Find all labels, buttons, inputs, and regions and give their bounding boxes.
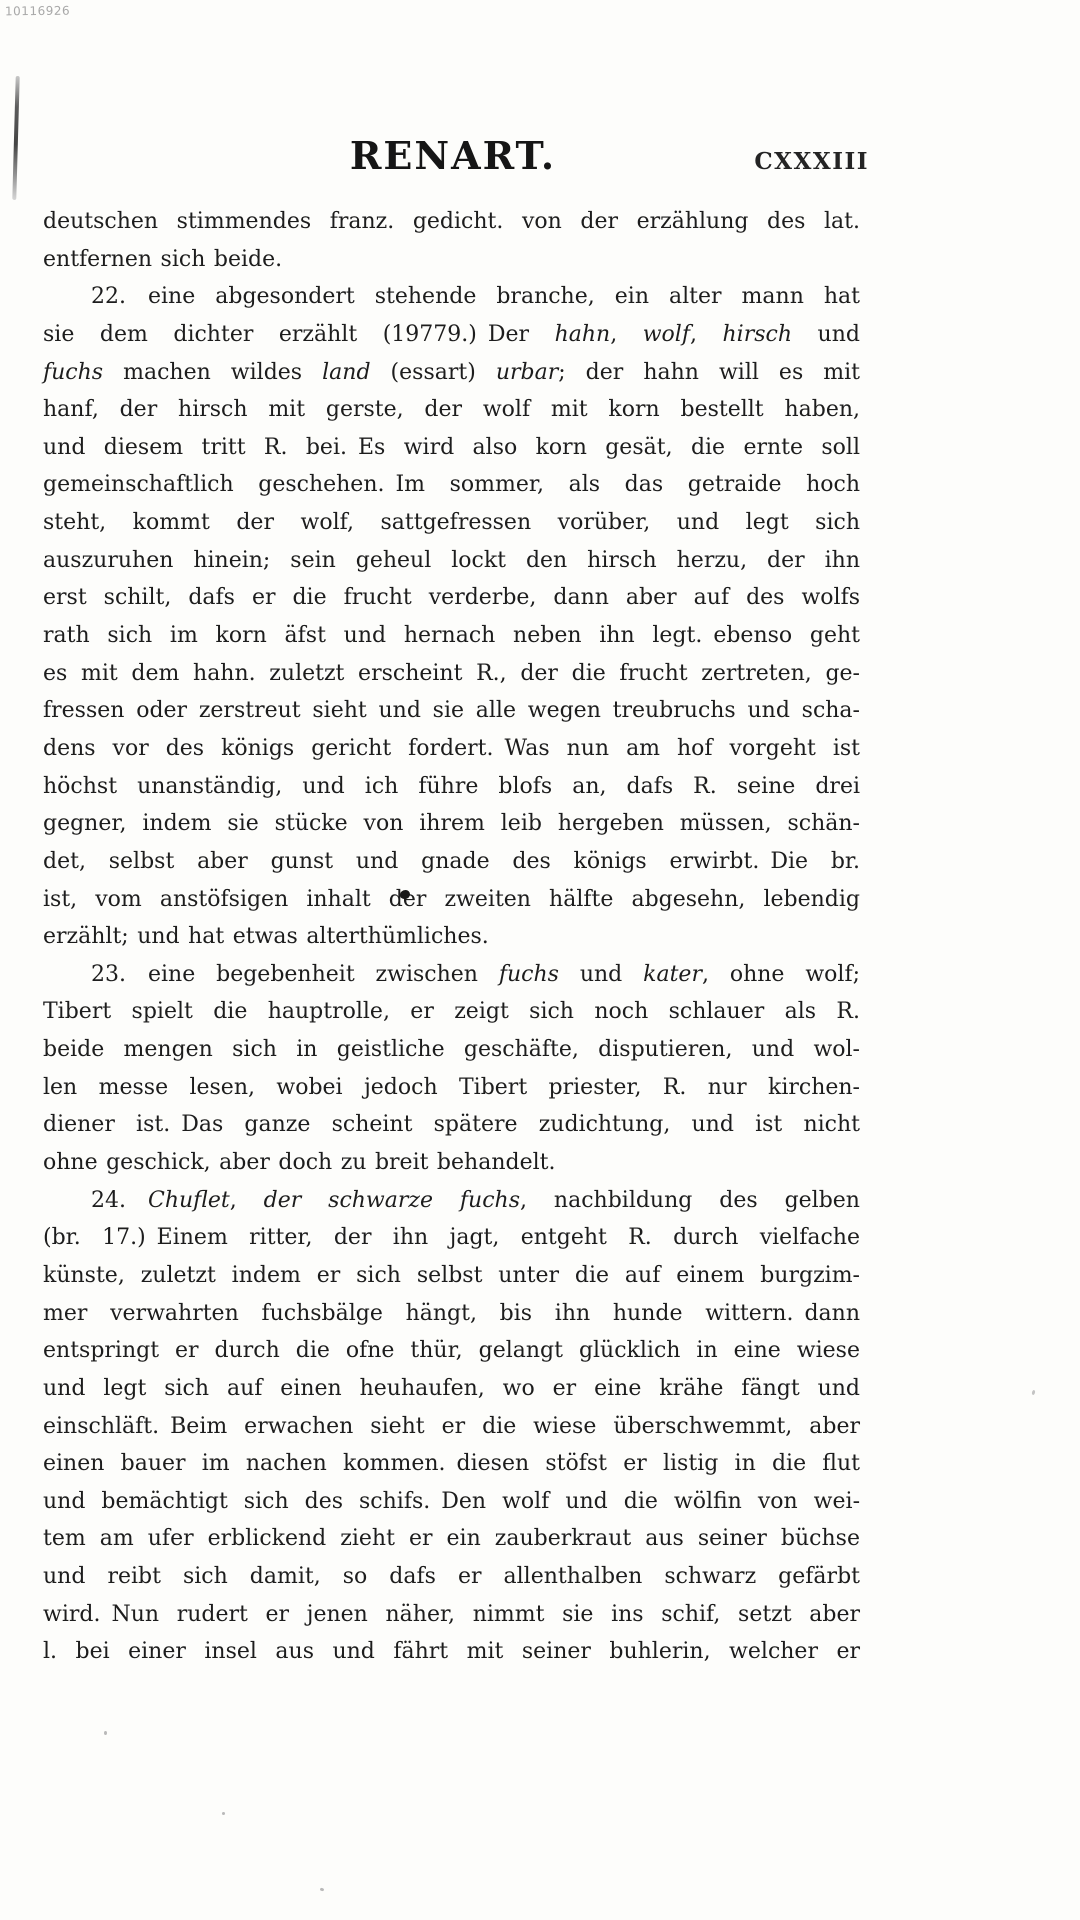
text-line: und diesem tritt R. bei. Es wird also ko… — [43, 429, 860, 467]
text-segment: len messe lesen, wobei jedoch Tibert pri… — [43, 1075, 860, 1100]
text-line: ohne geschick, aber doch zu breit behand… — [43, 1144, 860, 1182]
text-line: erst schilt, dafs er die frucht verderbe… — [43, 579, 860, 617]
text-segment: gemeinschaftlich geschehen. Im sommer, a… — [43, 472, 860, 497]
text-line: und bemächtigt sich des schifs. Den wolf… — [43, 1483, 860, 1521]
text-line: diener ist. Das ganze scheint spätere zu… — [43, 1106, 860, 1144]
text-segment: einschläft. Beim erwachen sieht er die w… — [43, 1414, 860, 1439]
text-line: auszuruhen hinein; sein geheul lockt den… — [43, 542, 860, 580]
text-line: ist, vom anstöfsigen inhalt der zweiten … — [43, 881, 860, 919]
italic-text: hirsch — [723, 322, 793, 347]
scan-id-number: 10116926 — [5, 4, 70, 19]
text-line: einen bauer im nachen kommen. diesen stö… — [43, 1445, 860, 1483]
text-line: hanf, der hirsch mit gerste, der wolf mi… — [43, 391, 860, 429]
scan-speck — [320, 1887, 325, 1891]
text-segment: wird. Nun rudert er jenen näher, nimmt s… — [43, 1602, 860, 1627]
text-segment: mer verwahrten fuchsbälge hängt, bis ihn… — [43, 1301, 860, 1326]
text-line: (br. 17.) Einem ritter, der ihn jagt, en… — [43, 1219, 860, 1257]
text-segment: und diesem tritt R. bei. Es wird also ko… — [43, 435, 860, 460]
italic-text: fuchs — [43, 360, 103, 385]
text-segment: es mit dem hahn. zuletzt erscheint R., d… — [43, 661, 860, 686]
text-column: deutschen stimmendes franz. gedicht. von… — [43, 203, 860, 1671]
text-segment: ohne geschick, aber doch zu breit behand… — [43, 1150, 555, 1175]
text-line: tem am ufer erblickend zieht er ein zaub… — [43, 1520, 860, 1558]
text-segment: l. bei einer insel aus und fährt mit sei… — [43, 1639, 860, 1664]
text-line: gegner, indem sie stücke von ihrem leib … — [43, 805, 860, 843]
text-segment: det, selbst aber gunst und gnade des kön… — [43, 849, 860, 874]
text-line: gemeinschaftlich geschehen. Im sommer, a… — [43, 466, 860, 504]
text-segment: und legt sich auf einen heuhaufen, wo er… — [43, 1376, 860, 1401]
text-segment: tem am ufer erblickend zieht er ein zaub… — [43, 1526, 860, 1551]
text-segment: und reibt sich damit, so dafs er allenth… — [43, 1564, 860, 1589]
text-line: det, selbst aber gunst und gnade des kön… — [43, 843, 860, 881]
page-header: RENART. CXXXIII — [43, 134, 863, 182]
text-segment: sie dem dichter erzählt (19779.) Der — [43, 322, 555, 347]
text-segment: höchst unanständig, und ich führe blofs … — [43, 774, 860, 799]
italic-text: land — [322, 360, 370, 385]
text-line: rath sich im korn äfst und hernach neben… — [43, 617, 860, 655]
text-segment: künste, zuletzt indem er sich selbst unt… — [43, 1263, 860, 1288]
text-segment: 22. eine abgesondert stehende branche, e… — [91, 284, 860, 309]
text-segment: ist, vom anstöfsigen inhalt — [43, 887, 389, 912]
italic-text: kater — [643, 962, 702, 987]
text-segment: entspringt er durch die ofne thür, gelan… — [43, 1338, 860, 1363]
text-line: künste, zuletzt indem er sich selbst unt… — [43, 1257, 860, 1295]
text-segment: auszuruhen hinein; sein geheul lockt den… — [43, 548, 860, 573]
page-header-title: RENART. — [43, 134, 863, 178]
text-line: fuchs machen wildes land (essart) urbar;… — [43, 354, 860, 392]
scanned-book-page: 10116926 RENART. CXXXIII deutschen stimm… — [0, 0, 1080, 1920]
italic-text: wolf — [643, 322, 690, 347]
text-line: deutschen stimmendes franz. gedicht. von… — [43, 203, 860, 241]
text-segment: deutschen stimmendes franz. gedicht. von… — [43, 209, 860, 234]
scan-speck — [104, 1731, 107, 1735]
italic-text: hahn — [555, 322, 611, 347]
text-line: 24. Chuflet, der schwarze fuchs, nachbil… — [43, 1182, 860, 1220]
text-segment: 24. — [91, 1188, 148, 1213]
text-line: und reibt sich damit, so dafs er allenth… — [43, 1558, 860, 1596]
text-segment: dens vor des königs gericht fordert. Was… — [43, 736, 860, 761]
italic-text: fuchs — [499, 962, 559, 987]
text-segment: 23. eine begebenheit zwischen — [91, 962, 499, 987]
text-segment: diener ist. Das ganze scheint spätere zu… — [43, 1112, 860, 1137]
text-segment: einen bauer im nachen kommen. diesen stö… — [43, 1451, 860, 1476]
italic-text: urbar — [496, 360, 558, 385]
text-segment: (br. 17.) Einem ritter, der ihn jagt, en… — [43, 1225, 860, 1250]
text-line: 22. eine abgesondert stehende branche, e… — [43, 278, 860, 316]
italic-text: der schwarze fuchs — [264, 1188, 520, 1213]
text-line: steht, kommt der wolf, sattgefressen vor… — [43, 504, 860, 542]
text-segment: entfernen sich beide. — [43, 247, 282, 272]
text-line: len messe lesen, wobei jedoch Tibert pri… — [43, 1069, 860, 1107]
text-segment: ; der hahn will es mit — [558, 360, 860, 385]
text-segment: erzählt; und hat etwas alterthümliches. — [43, 924, 489, 949]
text-line: 23. eine begebenheit zwischen fuchs und … — [43, 956, 860, 994]
text-segment: und — [559, 962, 643, 987]
text-segment: (essart) — [371, 360, 496, 385]
text-segment: rath sich im korn äfst und hernach neben… — [43, 623, 860, 648]
text-line: entspringt er durch die ofne thür, gelan… — [43, 1332, 860, 1370]
italic-text: Chuflet — [148, 1188, 230, 1213]
text-line: es mit dem hahn. zuletzt erscheint R., d… — [43, 655, 860, 693]
scan-artifact-line — [12, 76, 19, 200]
text-segment: , nachbildung des gelben — [520, 1188, 860, 1213]
text-segment: gegner, indem sie stücke von ihrem leib … — [43, 811, 860, 836]
text-segment: und — [792, 322, 860, 347]
text-line: Tibert spielt die hauptrolle, er zeigt s… — [43, 993, 860, 1031]
text-segment: und bemächtigt sich des schifs. Den wolf… — [43, 1489, 860, 1514]
text-segment: machen wildes — [103, 360, 322, 385]
scan-speck — [222, 1812, 225, 1815]
text-line: höchst unanständig, und ich führe blofs … — [43, 768, 860, 806]
text-line: sie dem dichter erzählt (19779.) Der hah… — [43, 316, 860, 354]
text-segment: Tibert spielt die hauptrolle, er zeigt s… — [43, 999, 860, 1024]
text-segment: beide mengen sich in geistliche geschäft… — [43, 1037, 860, 1062]
text-segment: steht, kommt der wolf, sattgefressen vor… — [43, 510, 860, 535]
text-line: l. bei einer insel aus und fährt mit sei… — [43, 1633, 860, 1671]
text-with-ink-blot: der — [389, 887, 427, 912]
text-segment: zweiten hälfte abgesehn, lebendig — [426, 887, 860, 912]
text-segment: fressen oder zerstreut sieht und sie all… — [43, 698, 860, 723]
text-line: entfernen sich beide. — [43, 241, 860, 279]
text-segment: , — [610, 322, 643, 347]
scan-speck — [1031, 1390, 1035, 1396]
text-segment: erst schilt, dafs er die frucht verderbe… — [43, 585, 860, 610]
text-line: wird. Nun rudert er jenen näher, nimmt s… — [43, 1596, 860, 1634]
page-number: CXXXIII — [754, 148, 869, 175]
text-line: und legt sich auf einen heuhaufen, wo er… — [43, 1370, 860, 1408]
text-line: dens vor des königs gericht fordert. Was… — [43, 730, 860, 768]
text-line: mer verwahrten fuchsbälge hängt, bis ihn… — [43, 1295, 860, 1333]
text-segment: hanf, der hirsch mit gerste, der wolf mi… — [43, 397, 860, 422]
text-segment: , — [690, 322, 723, 347]
text-segment: , ohne wolf; — [702, 962, 860, 987]
text-segment: , — [230, 1188, 264, 1213]
text-line: einschläft. Beim erwachen sieht er die w… — [43, 1408, 860, 1446]
text-line: erzählt; und hat etwas alterthümliches. — [43, 918, 860, 956]
text-line: fressen oder zerstreut sieht und sie all… — [43, 692, 860, 730]
text-line: beide mengen sich in geistliche geschäft… — [43, 1031, 860, 1069]
